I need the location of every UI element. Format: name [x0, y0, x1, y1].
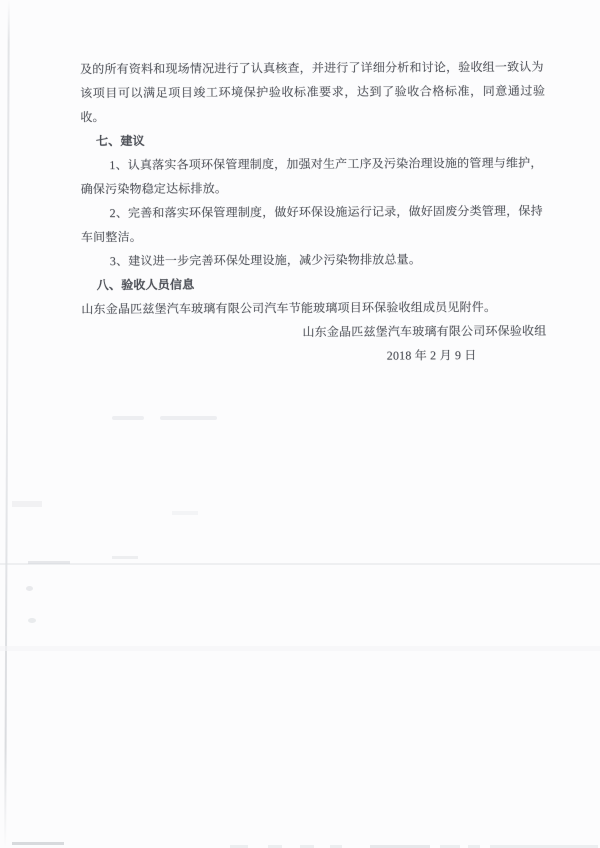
- section-heading-acceptance-personnel: 八、验收人员信息: [81, 271, 546, 297]
- scan-artifact-ghost-mark: [112, 416, 144, 420]
- document-page: 及的所有资料和现场情况进行了认真核查，并进行了详细分析和讨论，验收组一致认为 该…: [0, 0, 600, 848]
- paragraph-suggestion-3: 3、建议进一步完善环保处理设施，减少污染物排放总量。: [81, 247, 546, 273]
- scan-artifact-smudge: [112, 556, 138, 559]
- signature-date: 2018 年 2 月 9 日: [82, 343, 547, 369]
- paragraph-conclusion-continuation: 及的所有资料和现场情况进行了认真核查，并进行了详细分析和讨论，验收组一致认为 该…: [80, 55, 545, 129]
- scan-artifact-smudge: [172, 511, 198, 515]
- paragraph-suggestion-2: 2、完善和落实环保管理制度，做好环保设施运行记录，做好固废分类管理，保持 车间整…: [81, 199, 546, 249]
- scan-artifact-smudge: [12, 501, 42, 507]
- scan-artifact-horizontal-band: [0, 563, 600, 565]
- scan-artifact-left-edge-line: [4, 0, 10, 848]
- paragraph-suggestion-1: 1、认真落实各项环保管理制度，加强对生产工序及污染治理设施的管理与维护， 确保污…: [81, 151, 546, 201]
- section-heading-suggestions: 七、建议: [80, 127, 545, 153]
- signature-organization: 山东金晶匹兹堡汽车玻璃有限公司环保验收组: [81, 319, 546, 345]
- scan-artifact-dot: [28, 618, 36, 623]
- scan-artifact-horizontal-band: [0, 646, 600, 651]
- document-text-block: 及的所有资料和现场情况进行了认真核查，并进行了详细分析和讨论，验收组一致认为 该…: [80, 55, 547, 369]
- scan-artifact-smudge: [28, 561, 70, 564]
- scan-artifact-ghost-mark: [160, 416, 217, 420]
- scan-artifact-bottom-dash: [12, 842, 64, 845]
- paragraph-attachment-note: 山东金晶匹兹堡汽车玻璃有限公司汽车节能玻璃项目环保验收组成员见附件。: [81, 295, 546, 321]
- scan-artifact-dot: [26, 586, 33, 591]
